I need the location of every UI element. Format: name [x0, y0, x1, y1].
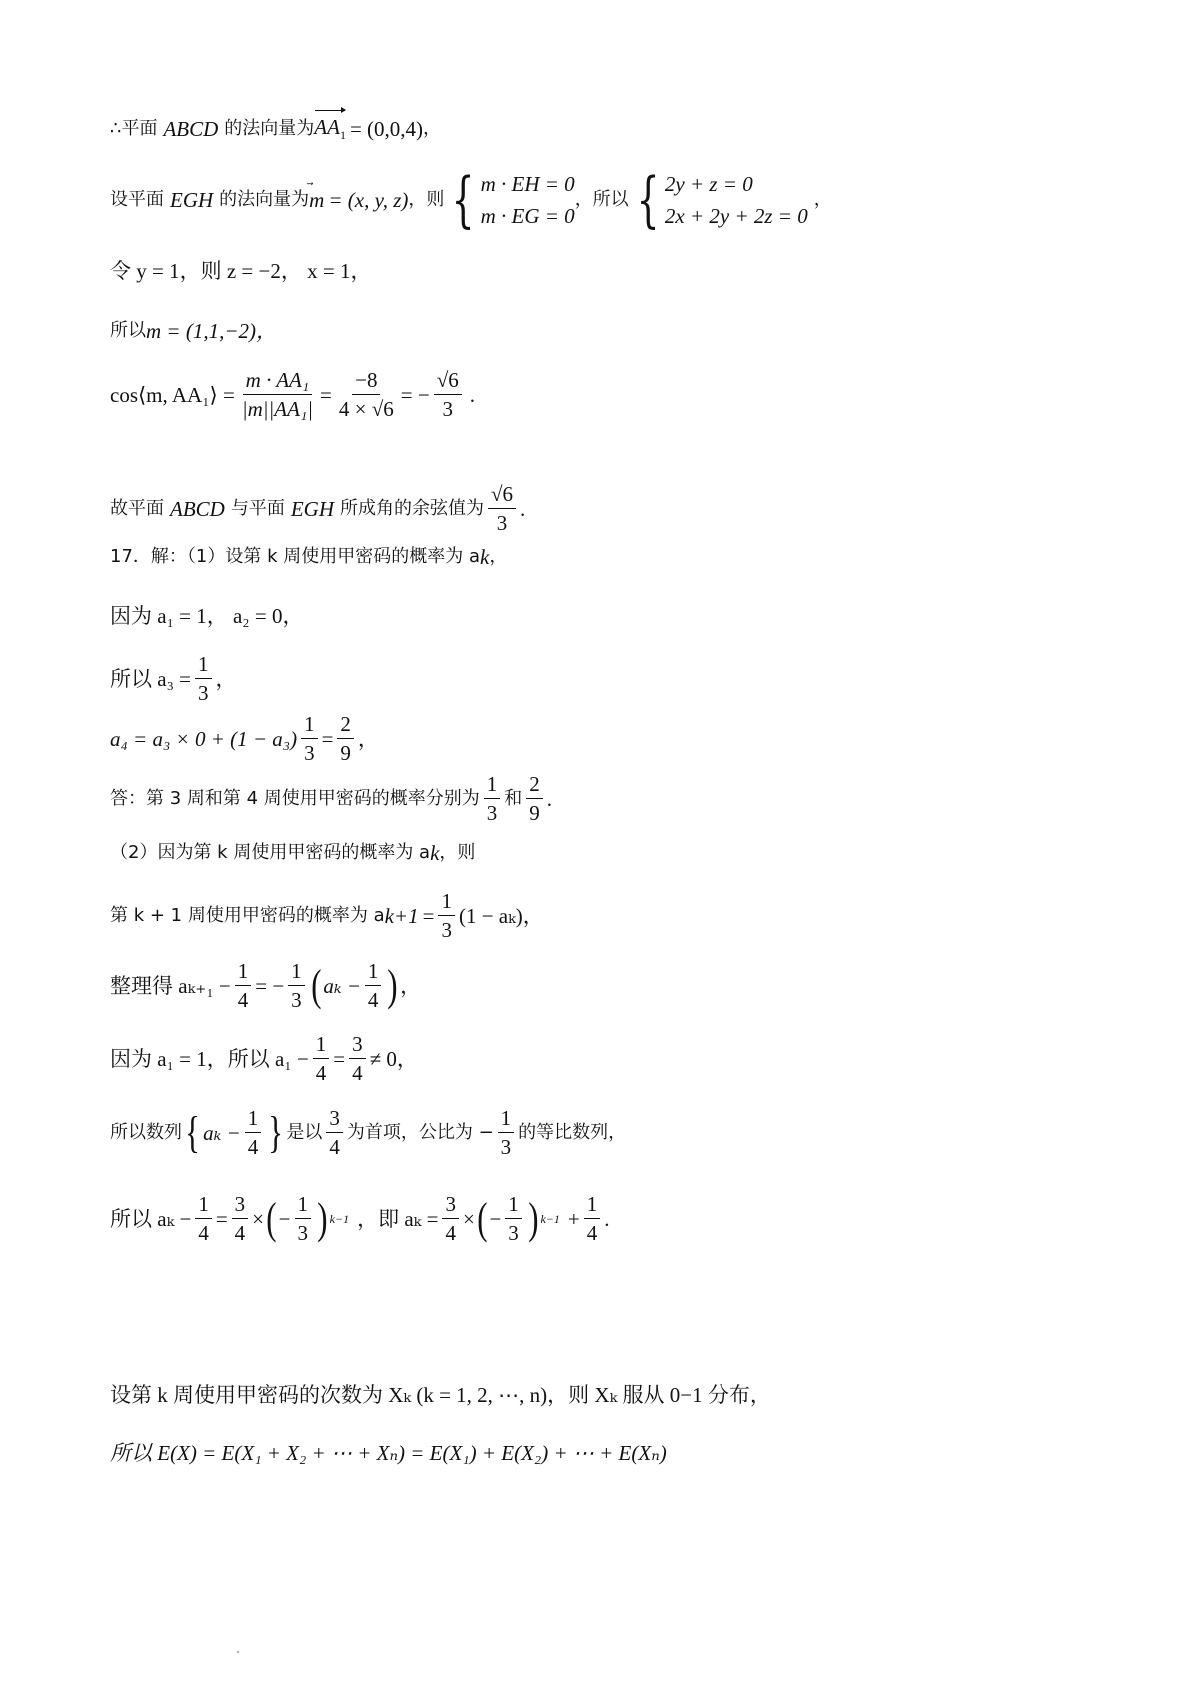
equals: = — [216, 1206, 228, 1232]
plane-label: ABCD — [163, 116, 218, 142]
text: 故平面 — [110, 496, 164, 522]
numerator: 1 — [245, 1104, 262, 1133]
line-a3: 所以 a₃ = 1 3 ， — [110, 650, 237, 707]
fraction: 1 3 — [301, 710, 318, 767]
fraction: 1 4 — [245, 1104, 262, 1161]
fraction: 1 3 — [288, 957, 305, 1014]
numerator: 1 — [365, 957, 382, 986]
text: 17．解：（1）设第 k 周使用甲密码的概率为 a — [110, 544, 480, 570]
numerator: 1 — [498, 1104, 515, 1133]
fraction: 1 3 — [195, 650, 212, 707]
left-brace-icon: { — [452, 170, 475, 230]
denominator: 3 — [494, 509, 511, 537]
text: 和 — [504, 786, 522, 812]
denominator: 3 — [505, 1219, 522, 1247]
denominator: 3 — [288, 986, 305, 1014]
denominator: 3 — [438, 916, 455, 944]
equals: = — [322, 726, 334, 752]
line-q17-intro: 17．解：（1）设第 k 周使用甲密码的概率为 a k ， — [110, 544, 507, 570]
denominator: 4 — [195, 1219, 212, 1247]
punct: . — [604, 1206, 609, 1232]
numerator: m · AA₁ — [243, 366, 313, 395]
punct: . — [470, 382, 475, 408]
numerator: 3 — [326, 1104, 343, 1133]
punct: ， — [489, 544, 507, 570]
fraction: 1 3 — [498, 1104, 515, 1161]
equation: m · EG = 0 — [481, 200, 575, 232]
left-paren-icon: ( — [266, 1199, 276, 1239]
right-brace-icon: } — [268, 1113, 283, 1153]
text: 设平面 — [110, 187, 164, 213]
text: 整理得 aₖ₊₁ − — [110, 973, 231, 999]
text: 因为 a₁ = 1，所以 a₁ − — [110, 1046, 309, 1072]
fraction: 2 9 — [526, 770, 543, 827]
text: aₖ − — [323, 973, 361, 999]
text: aₖ − — [203, 1120, 241, 1146]
line-part-2: （2）因为第 k 周使用甲密码的概率为 a k ，则 — [110, 840, 475, 866]
text: ，则 — [439, 840, 475, 866]
line-rearranged: 整理得 aₖ₊₁ − 1 4 = − 1 3 ( aₖ − 1 4 ) ， — [110, 957, 421, 1014]
line-closed-form: 所以 aₖ − 14 = 34 × ( − 13 ) k−1 ，即 aₖ = 3… — [110, 1190, 609, 1247]
fraction: √6 3 — [434, 366, 462, 423]
equation-system-1: m · EH = 0 m · EG = 0 — [481, 168, 575, 232]
denominator: 4 — [365, 986, 382, 1014]
line-answer-1: 答：第 3 周和第 4 周使用甲密码的概率分别为 1 3 和 2 9 . — [110, 770, 552, 827]
subscript: k+1 — [385, 903, 419, 929]
subscript: k — [430, 840, 439, 866]
exponent: k−1 — [330, 1206, 349, 1232]
plane-label: EGH — [170, 187, 213, 213]
fraction: 13 — [295, 1190, 312, 1247]
fraction: 1 4 — [313, 1030, 330, 1087]
punct: ， — [400, 973, 421, 999]
fraction: 2 9 — [337, 710, 354, 767]
text: 所成角的余弦值为 — [340, 496, 484, 522]
fraction: 1 4 — [365, 957, 382, 1014]
right-paren-icon: ) — [388, 966, 398, 1006]
text: 因为 a₁ = 1， a₂ = 0， — [110, 603, 303, 629]
fraction: 14 — [584, 1190, 601, 1247]
fraction: 14 — [195, 1190, 212, 1247]
equals: = — [423, 903, 435, 929]
text: 所以 — [110, 318, 146, 344]
fraction: m · AA₁ |m||AA₁| — [239, 366, 316, 423]
denominator: 3 — [301, 739, 318, 767]
numerator: 1 — [438, 887, 455, 916]
denominator: 9 — [526, 799, 543, 827]
page-mark — [237, 1651, 239, 1653]
equation-system-2: 2y + z = 0 2x + 2y + 2z = 0 — [665, 168, 808, 232]
m-value: m = (1,1,−2)， — [146, 318, 277, 344]
denominator: 3 — [195, 679, 212, 707]
text: 所以 a₃ = — [110, 666, 191, 692]
numerator: 1 — [313, 1030, 330, 1059]
fraction: 1 4 — [235, 957, 252, 1014]
line-geometric: 所以数列 { aₖ − 1 4 } 是以 3 4 为首项，公比为 − 1 3 的… — [110, 1104, 626, 1161]
text: ，即 aₖ = — [357, 1206, 438, 1232]
denominator: 4 — [584, 1219, 601, 1247]
line-a4: a₄ = a₃ × 0 + (1 − a₃) 1 3 = 2 9 ， — [110, 710, 379, 767]
text: a₄ = a₃ × 0 + (1 − a₃) — [110, 726, 297, 752]
denominator: 4 — [349, 1059, 366, 1087]
denominator: |m||AA₁| — [239, 395, 316, 423]
punct: ， — [216, 666, 237, 692]
plane-label: ABCD — [170, 496, 225, 522]
text: 第 k + 1 周使用甲密码的概率为 a — [110, 903, 385, 929]
fraction: 1 3 — [484, 770, 501, 827]
line-normal-abcd: ∴平面 ABCD 的法向量为 AA1 = (0,0,4) ， — [110, 110, 441, 148]
text: 的等比数列， — [518, 1120, 626, 1146]
text: 所以 aₖ − — [110, 1206, 191, 1232]
punct: . — [547, 786, 552, 812]
text: 所以 E(X) = E(X₁ + X₂ + ⋯ + Xₙ) = E(X₁) + … — [110, 1440, 667, 1466]
vector-m: m — [309, 187, 324, 213]
text: 与平面 — [231, 496, 285, 522]
punct: ， — [358, 726, 379, 752]
text: 为首项，公比为 − — [347, 1120, 494, 1146]
denominator: 4 — [442, 1219, 459, 1247]
numerator: 1 — [195, 650, 212, 679]
denominator: 9 — [337, 739, 354, 767]
exponent: k−1 — [540, 1206, 559, 1232]
text: ∴平面 — [110, 116, 157, 142]
vector-value: = (0,0,4) — [350, 116, 423, 142]
numerator: 1 — [505, 1190, 522, 1219]
text: 设第 k 周使用甲密码的次数为 Xₖ (k = 1, 2, ⋯, n)，则 Xₖ… — [110, 1382, 771, 1408]
text: 是以 — [286, 1120, 322, 1146]
text: 答：第 3 周和第 4 周使用甲密码的概率分别为 — [110, 786, 480, 812]
fraction: 3 4 — [326, 1104, 343, 1161]
fraction: 3 4 — [349, 1030, 366, 1087]
text: 令 y = 1，则 z = −2， x = 1， — [110, 258, 371, 284]
numerator: 2 — [337, 710, 354, 739]
equals: = — [320, 382, 332, 408]
right-paren-icon: ) — [528, 1199, 538, 1239]
plane-label: EGH — [291, 496, 334, 522]
text: ≠ 0， — [370, 1046, 418, 1072]
numerator: 3 — [442, 1190, 459, 1219]
numerator: √6 — [434, 366, 462, 395]
text: 所以数列 — [110, 1120, 182, 1146]
fraction: 13 — [505, 1190, 522, 1247]
numerator: 1 — [288, 957, 305, 986]
denominator: 4 × √6 — [336, 395, 397, 423]
denominator: 4 — [235, 986, 252, 1014]
fraction: 34 — [442, 1190, 459, 1247]
numerator: 1 — [484, 770, 501, 799]
punct: ， — [423, 116, 441, 142]
denominator: 3 — [295, 1219, 312, 1247]
line-xk-def: 设第 k 周使用甲密码的次数为 Xₖ (k = 1, 2, ⋯, n)，则 Xₖ… — [110, 1382, 771, 1408]
text: ，所以 — [575, 187, 629, 213]
cos-lhs: cos⟨m, AA₁⟩ = — [110, 382, 235, 408]
denominator: 4 — [245, 1133, 262, 1161]
denominator: 3 — [484, 799, 501, 827]
numerator: 1 — [235, 957, 252, 986]
text: 的法向量为 — [224, 116, 314, 142]
vector-label: AA — [314, 115, 340, 139]
equals: = − — [401, 382, 430, 408]
times: × — [463, 1206, 475, 1232]
denominator: 4 — [326, 1133, 343, 1161]
equation: 2y + z = 0 — [665, 168, 808, 200]
right-paren-icon: ) — [317, 1199, 327, 1239]
vector-aa1: AA1 — [314, 110, 346, 148]
text: ，则 — [408, 187, 444, 213]
plus: + — [568, 1206, 580, 1232]
numerator: 3 — [349, 1030, 366, 1059]
denominator: 4 — [313, 1059, 330, 1087]
denominator: 3 — [498, 1133, 515, 1161]
numerator: 1 — [195, 1190, 212, 1219]
line-recurrence: 第 k + 1 周使用甲密码的概率为 a k+1 = 1 3 (1 − aₖ)， — [110, 887, 544, 944]
line-let-y: 令 y = 1，则 z = −2， x = 1， — [110, 258, 371, 284]
denominator: 3 — [439, 395, 456, 423]
text: (1 − aₖ)， — [459, 903, 544, 929]
times: × — [252, 1206, 264, 1232]
line-conclusion-16: 故平面 ABCD 与平面 EGH 所成角的余弦值为 √6 3 . — [110, 480, 525, 537]
line-normal-egh: 设平面 EGH 的法向量为 m = (x, y, z) ，则 { m · EH … — [110, 168, 832, 232]
left-paren-icon: ( — [311, 966, 321, 1006]
punct: ， — [814, 187, 832, 213]
line-a1-check: 因为 a₁ = 1，所以 a₁ − 1 4 = 3 4 ≠ 0， — [110, 1030, 418, 1087]
line-cos: cos⟨m, AA₁⟩ = m · AA₁ |m||AA₁| = −8 4 × … — [110, 366, 475, 423]
vector-value: = (x, y, z) — [328, 187, 408, 213]
fraction: 34 — [232, 1190, 249, 1247]
equation: m · EH = 0 — [481, 168, 575, 200]
equation: 2x + 2y + 2z = 0 — [665, 200, 808, 232]
subscript: k — [480, 544, 489, 570]
line-a1-a2: 因为 a₁ = 1， a₂ = 0， — [110, 603, 303, 629]
text: 的法向量为 — [219, 187, 309, 213]
fraction: 1 3 — [438, 887, 455, 944]
text: （2）因为第 k 周使用甲密码的概率为 a — [110, 840, 430, 866]
equals: = — [333, 1046, 345, 1072]
numerator: √6 — [488, 480, 516, 509]
numerator: 2 — [526, 770, 543, 799]
numerator: 1 — [584, 1190, 601, 1219]
numerator: 1 — [295, 1190, 312, 1219]
denominator: 4 — [232, 1219, 249, 1247]
left-brace-icon: { — [636, 170, 659, 230]
numerator: 3 — [232, 1190, 249, 1219]
left-paren-icon: ( — [477, 1199, 487, 1239]
equals: = − — [255, 973, 284, 999]
punct: . — [520, 496, 525, 522]
line-m-value: 所以 m = (1,1,−2)， — [110, 318, 277, 344]
subscript: 1 — [340, 128, 346, 142]
line-expectation: 所以 E(X) = E(X₁ + X₂ + ⋯ + Xₙ) = E(X₁) + … — [110, 1440, 667, 1466]
numerator: −8 — [352, 366, 380, 395]
numerator: 1 — [301, 710, 318, 739]
fraction: −8 4 × √6 — [336, 366, 397, 423]
left-brace-icon: { — [185, 1113, 200, 1153]
fraction: √6 3 — [488, 480, 516, 537]
